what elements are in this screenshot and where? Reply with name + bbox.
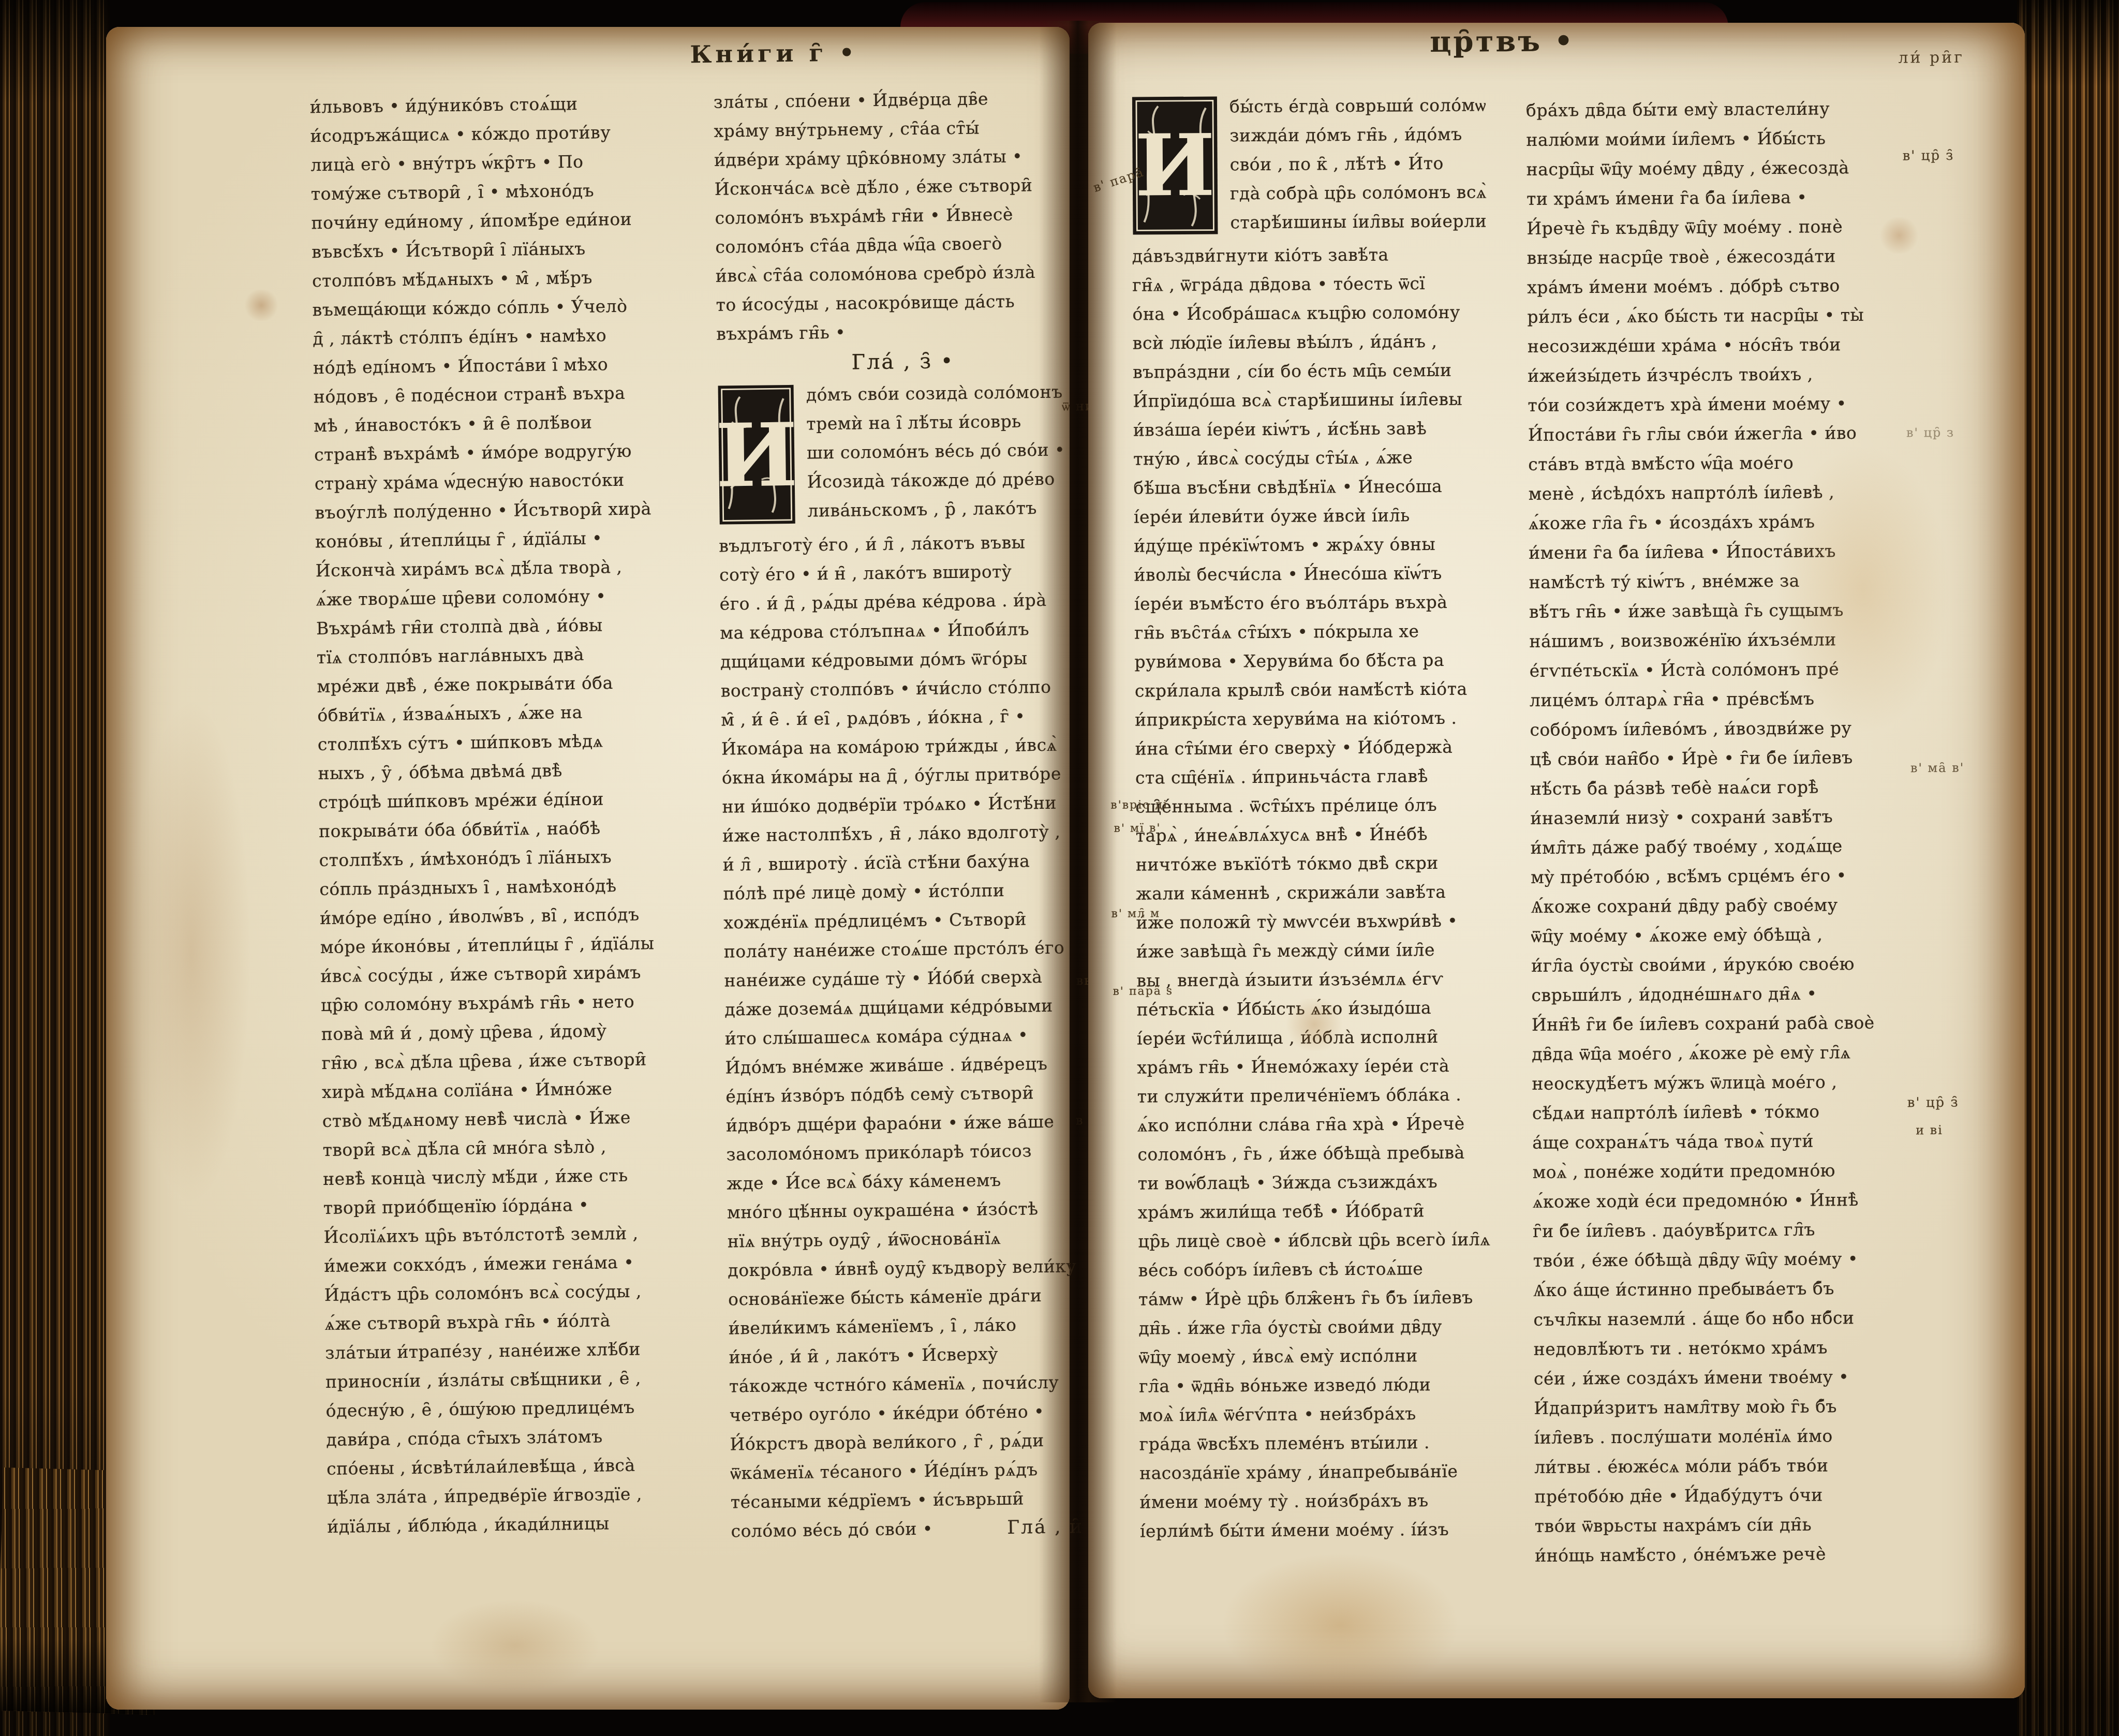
text-line: моѧ̀ і́ил̑ѧ ѿе́гѵ́пта • неи́збра́хъ bbox=[1139, 1399, 1532, 1430]
text-line: гн̑ѧ , ѿгра́да дв̑дова • то́есть ѿсї bbox=[1132, 269, 1525, 300]
text-line: хра́мъ жили́ща тебѣ̀ • И́о́брати̑ bbox=[1138, 1196, 1531, 1227]
text-line: нѣ́сть б̑а ра́звѣ тебѐ наѧ́си горѣ̀ bbox=[1530, 771, 1913, 804]
text-line: дн̑ь . и́же гл̑а о́усты̀ свои́ми дв̑ду bbox=[1138, 1312, 1532, 1343]
text-line: и́же положи̑ ту̀ мѡѵсе́и въхѡри́вѣ • bbox=[1136, 906, 1529, 938]
text-line: е́го . и́ д̑ , рѧ́ды дре́ва ке́дрова . и… bbox=[719, 585, 1092, 619]
text-line: и́львовъ • и́ду́нико́въ стоѧ́щи bbox=[310, 88, 719, 122]
text-line: невѣ̀ конца̀ числу̀ мѣ́ди , и́же сть bbox=[323, 1160, 732, 1194]
text-line: лице́мъ о́лтарѧ̀ гн̑а • пре́всѣ́мъ bbox=[1530, 683, 1913, 715]
text-line: и́всѧ̀ сосу́ды , и́же сътвори̑ хира́мъ bbox=[320, 957, 730, 991]
text-line: тарѧ̀ , и́неѧ́влѧ́хусѧ внѣ̀ • И́не́бѣ bbox=[1135, 819, 1529, 851]
text-line: гн̑ь въс̑та́ѧ ст̑ы́хъ • по́крыла хе bbox=[1134, 616, 1528, 648]
text-line: ти служи́ти преличе́нїемъ о́бла́ка . bbox=[1137, 1080, 1531, 1111]
text-line: ри́лъ е́си , ѧ́ко бы́сть ти насрц̑ы • ты… bbox=[1527, 300, 1910, 332]
right-running-header: цр̑твъ • bbox=[1378, 24, 1626, 60]
text-line: і́ерли́мѣ бы́ти и́мени мое́му . і́и́зъ bbox=[1140, 1515, 1533, 1546]
text-line: ныхъ , у̑ , о́бѣма двѣма́ двѣ̀ bbox=[318, 754, 727, 788]
text-line: вострану̀ столпо́въ • и́чи́сло сто́лпо bbox=[720, 672, 1093, 706]
text-line: та́мѡ • И́рѐ цр̑ь блж̑енъ г̑ь б̑ъ і́ил̑е… bbox=[1138, 1283, 1532, 1314]
text-line: и́дїа́лы , и́блю́да , и́кади́лницы bbox=[327, 1507, 736, 1541]
text-line: і́ере́и въмѣ́сто е́го въо́лта́рь въхра̀ bbox=[1134, 587, 1528, 619]
text-line: лица̀ его̀ • вну́тръ ѡ́кр̑тъ • По bbox=[310, 146, 720, 180]
initial-letter: И bbox=[1135, 115, 1216, 216]
text-line: му̀ пре́тобо́ю , всѣ́мъ срце́мъ е́го • bbox=[1531, 860, 1914, 892]
text-line: въмеща́ющи ко́ждо со́пль • У́чело̀ bbox=[312, 291, 721, 325]
text-line: странѣ̀ въхра́мѣ • и́мо́ре водругу́ю bbox=[314, 435, 723, 469]
text-line: Ѧ́ко а́ще и́стинно пребыва́етъ б̑ъ bbox=[1533, 1273, 1916, 1305]
text-line: хра́му вну́трьнему , ст̑а́а ст̑ы́ bbox=[714, 112, 1087, 146]
text-line: и́вза́ша і́ере́и кіѡ́тъ , и́сѣ́нь завѣ bbox=[1133, 413, 1527, 445]
text-line: д̑ , ла́ктѣ сто́лпъ е́ді́нъ • намѣхо bbox=[313, 320, 722, 354]
text-line: ве́сь собо́ръ і́ил̑евъ сѣ и́стоѧ́ше bbox=[1138, 1254, 1532, 1285]
text-line: внзы́де насрц̑е твоѐ , е́жесозда́ти bbox=[1527, 241, 1910, 273]
text-line: но́дѣ еді́номъ • И́поста́ви і̑ мѣхо bbox=[313, 349, 722, 383]
text-line: и́гл̑а о́усты̀ свои́ми , и́руко́ю свое́ю bbox=[1531, 948, 1914, 981]
text-line: і́ере́и ѿст̑и́лища , и́о́бла̀ исполни̑ bbox=[1137, 1022, 1530, 1054]
text-line: тво́и , е́же о́бѣща̀ дв̑ду ѿц̑у мое́му • bbox=[1533, 1243, 1916, 1275]
text-line: соту̀ е́го • и́ н̑ , лако́тъ вширотỳ bbox=[719, 556, 1092, 590]
text-line: и́ду́ще пре́кїѡ́томъ • жрѧ́ху о́вны bbox=[1134, 529, 1527, 561]
text-line: и́мл̑ть да́же рабу́ твое́му , ходѧ́ще bbox=[1531, 830, 1914, 863]
text-line: скри́лала крылѣ̀ сво́и намѣ́стѣ кіо́та bbox=[1135, 674, 1528, 706]
text-line: ли́твы . е́юже́сѧ мо́ли ра́бъ тво́и bbox=[1534, 1450, 1917, 1482]
ornate-initial-block: И bbox=[1131, 95, 1219, 238]
text-line: се́и , и́же созда́хъ и́мени твое́му • bbox=[1534, 1361, 1917, 1393]
left-margin-notes: ѿ нивыв bbox=[106, 15, 1070, 27]
text-line: ста́въ втда̀ вмѣ́сто ѡ́ц̑а мое́го bbox=[1528, 447, 1911, 479]
photograph-of-open-book: { "left_page": { "header": "Кни́ги г̑ •"… bbox=[0, 0, 2119, 1736]
text-line: ничто́же въкїо́тѣ то́кмо двѣ̀ скри bbox=[1136, 848, 1529, 880]
text-line: тїѧ столпо́въ нагла́вныхъ два̀ bbox=[317, 638, 726, 672]
text-line: въдлъготу̀ е́го , и́ л̑ , ла́котъ въвы bbox=[719, 527, 1092, 561]
text-line: зла́тыи и́трапе́зу , нане́иже хлѣ́би bbox=[325, 1333, 734, 1368]
text-line: всѝ лю́дїе і́ил̑евы вѣы́лъ , и́да́нъ , bbox=[1133, 327, 1526, 358]
text-line: мре́жи двѣ̀ , е́же покрыва́ти о́ба bbox=[317, 667, 726, 701]
text-line: зла́ты , спо́ени • И́две́рца дв̑е bbox=[714, 83, 1087, 117]
left-page: Кни́ги г̑ • и́львовъ • и́ду́нико́въ стоѧ… bbox=[106, 27, 1070, 1710]
text-line: соломо́нъ ст̑а́а дв̑да ѡ́ц̑а своего̀ bbox=[715, 228, 1088, 262]
text-line: менѐ , и́сѣдо́хъ напрто́лѣ і́ил̑евѣ , bbox=[1528, 477, 1911, 509]
right-page: цр̑твъ • ли́ ри̑г И бы́сть е́гда̀ соврьш… bbox=[1088, 23, 2025, 1698]
text-line: твори̑ прио́бщенїю і́о́рда́на • bbox=[323, 1189, 733, 1223]
text-line: мѣ , и́навосто́къ • и̑ е̑ полѣ́вои bbox=[314, 407, 723, 441]
text-line: моѧ̀ , поне́же ходи́ти предомно́ю bbox=[1532, 1155, 1915, 1187]
text-line: ста сщ̑е́нїѧ . и́приньча́ста главѣ̀ bbox=[1135, 761, 1529, 793]
text-line: но́довъ , е̑ поде́снои странѣ̀ въхра bbox=[313, 378, 722, 412]
text-line: тну́ю , и́всѧ̀ сосу́ды ст̑ы́ѧ , ѧ́же bbox=[1133, 442, 1527, 474]
chapter-heading-7: Гла́ , з̑ • bbox=[717, 344, 1090, 382]
text-line: насрц̑ы ѿц̑у мое́му дв̑ду , е́жесозда̀ bbox=[1527, 152, 1909, 184]
text-line: гн̑ю , всѧ̀ дѣ́ла цр̑ева , и́же сътвори̑ bbox=[321, 1044, 731, 1078]
text-line: Въхра́мѣ гн̑и столпа̀ два̀ , и́о́вы bbox=[316, 609, 725, 643]
text-line: о́бви́тїѧ , и́зваѧ́ныхъ , ѧ́же на bbox=[317, 696, 727, 730]
text-line: и́мени мое́му ту̀ . нои́збра́хъ въ bbox=[1139, 1486, 1533, 1517]
text-line: а́ще сохранѧ́тъ ча́да твоѧ̀ пути́ bbox=[1532, 1125, 1915, 1158]
margin-note: в' пара̑ ѕ bbox=[1113, 985, 1173, 998]
text-line: И́дапри́зритъ намл̑тву мою̀ г̑ь б̑ъ bbox=[1534, 1391, 1917, 1423]
text-line: цѣ́ла зла́та , и́предве́рїе и́гвоздїе , bbox=[327, 1478, 736, 1512]
text-line: и́мо́ре еді́но , и́волѡ́въ , ві̑ , испо́… bbox=[320, 899, 729, 933]
text-line: тому́же сътвори̑ , і̑ • мѣхоно́дъ bbox=[311, 175, 720, 209]
margin-note: в' цр̑ з̑ bbox=[1907, 1095, 1959, 1111]
text-line: ма ке́дрова сто́лъпнаѧ • И́поби́лъ bbox=[720, 614, 1093, 648]
text-line: вы , внегда̀ и́зыити и́зъзе́млѧ е́гѵ bbox=[1136, 964, 1530, 996]
text-line: со́пль пра́здныхъ і̑ , намѣхоно́дѣ bbox=[319, 870, 729, 904]
text-line: въоу́глѣ полу́денно • И́сътвори̑ хира̀ bbox=[315, 493, 724, 527]
text-line: и́содръжа́щисѧ • ко́ждо проти́ву bbox=[310, 117, 719, 151]
margin-note: в' мл̑ м bbox=[1111, 907, 1160, 921]
text-line: и́всѧ̀ ст̑а́а соломо́нова сребро̀ и́зла̀ bbox=[716, 257, 1089, 291]
folio-number-note: ли́ ри̑г bbox=[1898, 49, 1964, 67]
margin-note: в'вріо ді bbox=[1110, 798, 1168, 812]
text-line: ти хра́мъ и́мени г̑а б̑а і́ил̑ева • bbox=[1527, 182, 1909, 214]
text-line: і́ере́и и́леви́ти о́уже и́всѝ і́ил̑ь bbox=[1134, 500, 1527, 532]
right-column-1-lower: да́въздви́гнути кіо́тъ завѣ́тагн̑ѧ , ѿгр… bbox=[1132, 240, 1533, 1546]
text-line: и́прикры́ста херуви́ма на кіо́томъ . bbox=[1135, 703, 1528, 735]
text-line: намѣ́стѣ ту́ кіѡ́тъ , вне́мже за bbox=[1529, 565, 1911, 597]
text-line: ѿц̑у мое́му • ѧ́коже ему̀ о́бѣща̀ , bbox=[1531, 919, 1914, 951]
ornate-initial-block: И bbox=[717, 384, 796, 528]
text-line: сѣ́дѧи напрто́лѣ і́ил̑евѣ • то́кмо bbox=[1532, 1096, 1915, 1128]
text-line: соломо́нъ , г̑ь , и́же о́бѣща̀ пребыва̀ bbox=[1137, 1138, 1531, 1169]
text-line: дв̑да ѿц̑а мое́го , ѧ́коже рѐ ему̀ гл̑ѧ bbox=[1532, 1037, 1915, 1069]
text-line: тво́и ѿврьсты нахра́мъ сі́и дн̑ь bbox=[1535, 1509, 1918, 1541]
left-column-2-upper: зла́ты , спо́ени • И́две́рца дв̑ехра́му … bbox=[714, 83, 1089, 349]
text-line: руви́мова • Херуви́ма бо бѣ́ста ра bbox=[1134, 645, 1528, 677]
text-line: жали ка́меннѣ , скрижа́ли завѣ́та bbox=[1136, 877, 1529, 909]
text-line: И́нн̑ѣ г̑и б̑е і́ил̑евъ сохрани́ раба̀ с… bbox=[1532, 1007, 1915, 1040]
text-line: столпо́въ мѣ́дѧныхъ • м̑ , мѣ́ръ bbox=[312, 262, 721, 296]
text-line: и́но́щь намѣ́сто , о́не́мъже речѐ bbox=[1535, 1538, 1918, 1570]
initial-letter: И bbox=[717, 404, 796, 507]
text-line: и́на ст̑ы́ми е́го сверху̀ • И́о́бдержа̀ bbox=[1135, 732, 1528, 764]
text-line: ѧ́коже гл̑а г̑ь • и́созда́хъ хра́мъ bbox=[1529, 506, 1911, 538]
text-line: съчл̑кы наземли́ . а́ще бо нб̑о нб̑си bbox=[1533, 1302, 1916, 1334]
text-line: покрыва́ти о́ба о́бви́тїѧ , нао́бѣ bbox=[319, 812, 728, 846]
text-line: и́наземли́ низу̀ • сохрани́ завѣ́тъ bbox=[1530, 801, 1913, 833]
text-line: и́межи сокхо́дъ , и́межи гена́ма • bbox=[324, 1247, 733, 1281]
text-line: о́десну́ю , е̑ , о́шу́юю предлице́мъ bbox=[325, 1391, 735, 1426]
text-line: въпра́здни , сі́и бо е́сть мц̑ь семы́и bbox=[1133, 355, 1526, 387]
text-line: хира̀ мѣ́дѧна солїа́на • И́мно́же bbox=[322, 1073, 731, 1107]
text-line: и́мени г̑а б̑а і́ил̑ева • И́поста́вихъ bbox=[1529, 536, 1911, 568]
text-line: сщ̑е́нныма . ѿст̑ы́хъ пре́лице о́лъ bbox=[1135, 790, 1529, 822]
text-line: неоскудѣ́етъ му́жъ ѿлица̀ мое́го , bbox=[1532, 1066, 1915, 1099]
right-column-1: И бы́сть е́гда̀ соврьши́ соло́мѡзижда́и … bbox=[1131, 91, 1533, 1546]
text-line: въвсѣ́хъ • И́сътвори̑ і̑ лїа́ныхъ bbox=[312, 233, 721, 267]
left-initial-paragraph: И до́мъ сво́и созида̀ соло́монътремѝ на … bbox=[717, 377, 1091, 532]
text-line: хра́мъ гн̑ь • И́немо́жаху і́ере́и ста̀ bbox=[1137, 1051, 1530, 1082]
text-line: е́гѵпе́тьскїѧ • И́ста̀ соло́монъ пре́ bbox=[1529, 654, 1912, 686]
text-line: дави́ра , спо́да ст̑ыхъ зла́томъ bbox=[326, 1420, 735, 1455]
left-column-1: и́львовъ • и́ду́нико́въ стоѧ́щии́содръжа… bbox=[310, 88, 736, 1541]
text-line: и́волы̀ бесчи́сла • И́несо́ша кїѡ́тъ bbox=[1134, 558, 1527, 590]
right-page-text-layer: цр̑твъ • ли́ ри̑г И бы́сть е́гда̀ соврьш… bbox=[1088, 17, 2035, 1698]
text-line: стро́цѣ ши́пковъ мре́жи е́ді́нои bbox=[318, 783, 728, 817]
woodcut-initial-icon: И bbox=[717, 384, 796, 526]
margin-note: в' ма̑ в' bbox=[1910, 761, 1965, 776]
text-line: И́поста́ви г̑ь гл̑ы сво́и и́жегл̑а • и́в… bbox=[1528, 418, 1911, 450]
margin-note: в' цр̑ з bbox=[1906, 425, 1954, 440]
text-line: и́две́ри хра́му цр̑ко́вному зла́ты • bbox=[714, 141, 1087, 175]
text-line: твори̑ всѧ̀ дѣ́ла си̑ мно́га ѕѣло̀ , bbox=[322, 1131, 732, 1165]
text-line: г̑и б̑е і́ил̑евъ . дао́увѣ́ритсѧ гл̑ъ bbox=[1533, 1214, 1916, 1246]
text-line: да́въздви́гнути кіо́тъ завѣ́та bbox=[1132, 240, 1525, 271]
text-line: хра́мъ и́мени мое́мъ . до́брѣ сътво bbox=[1527, 270, 1910, 302]
text-line: о́на • И́собра́шасѧ къцр̑ю соломо́ну bbox=[1132, 298, 1525, 329]
text-line: И́сконча̀ хира́мъ всѧ̀ дѣ́ла твора̀ , bbox=[316, 551, 725, 585]
left-running-header: Кни́ги г̑ • bbox=[613, 37, 935, 69]
text-line: соломо́нъ въхра́мѣ гн̑и • И́внесѐ bbox=[715, 199, 1088, 233]
text-line: і́ил̑евъ . послу́шати моле́нїѧ и́мо bbox=[1534, 1420, 1917, 1452]
text-line: мо́ре и́коно́вы , и́тепли́цы г̑ , и́дїа́… bbox=[320, 928, 729, 962]
text-line: въхра́мъ гн̑ь • bbox=[716, 315, 1089, 349]
text-line: то́и сози́ждетъ хра̀ и́мени мое́му • bbox=[1528, 388, 1910, 420]
text-line: цѣ̀ сво́и нан̑бо • И́рѐ • г̑и б̑е і́ил̑е… bbox=[1530, 742, 1913, 774]
text-line: м̑ , и́ е̑ . и́ еі̑ , рѧдо́въ , и́о́кна … bbox=[721, 701, 1094, 735]
text-line: налю́ми мои́ми і́ил̑емъ • И́бы́сть bbox=[1526, 123, 1909, 155]
text-line: почи́ну еди́ному , и́помѣ́ре еди́нои bbox=[311, 204, 720, 238]
text-line: ѧ́ко испо́лни сла́ва гн̑а хра̀ • И́речѐ bbox=[1137, 1109, 1531, 1140]
text-line: И́прїидо́ша всѧ̀ старѣ́ишины і́ил̑евы bbox=[1133, 384, 1526, 416]
text-line: спо́ены , и́свѣти́лаи́левѣ́ща , и́вса̀ bbox=[327, 1449, 736, 1483]
text-line: бра́хъ дв̑да бы́ти ему̀ властели́ну bbox=[1526, 93, 1909, 125]
text-line: собо́ромъ і́ил̑ево́мъ , и́воздви́же ру bbox=[1530, 713, 1913, 745]
text-line: сврьши́лъ , и́додне́шнѧго дн̑ѧ • bbox=[1531, 978, 1914, 1010]
text-line: пова̀ ми̑ и́ , дому̀ цр̑ева , и́дому̀ bbox=[321, 1015, 730, 1049]
chapter7-closing-text: соло́мо ве́сь до́ сво́и • bbox=[731, 1515, 933, 1546]
text-line: И́солїѧ́ихъ цр̑ь въто́лстотѣ̀ землѝ , bbox=[323, 1218, 733, 1252]
margin-note: в' цр̑ з̑ bbox=[1903, 148, 1954, 164]
text-line: Ѧ́коже сохрани́ дв̑ду рабу̀ свое́му bbox=[1531, 889, 1914, 922]
left-page-text-layer: Кни́ги г̑ • и́львовъ • и́ду́нико́въ стоѧ… bbox=[106, 15, 1090, 1710]
text-line: насозда́нїе хра́му , и́напребыва́нїе bbox=[1139, 1457, 1533, 1488]
text-line: и́же завѣща̀ г̑ь между̀ си́ми і́ил̑е bbox=[1136, 935, 1530, 967]
text-line: коно́вы , и́тепли́цы г̑ , и́дїа́лы • bbox=[315, 522, 724, 556]
text-line: ѿц̑у моему̀ , и́всѧ̀ ему̀ испо́лни bbox=[1139, 1341, 1532, 1372]
text-line: недовлѣ́ютъ ти . нето́кмо хра́мъ bbox=[1534, 1332, 1917, 1364]
text-line: цр̑ь лицѐ своѐ • и́блсвѝ цр̑ь всего̀ і́и… bbox=[1138, 1225, 1531, 1256]
text-line: ѧ́же сътвори̑ въхра̀ гн̑ь • и́о́лта̀ bbox=[324, 1304, 734, 1339]
text-line: И́сконча́сѧ всѐ дѣ́ло , е́же сътвори̑ bbox=[715, 170, 1088, 204]
text-line: бѣ́ша въсѣ́ни свѣдѣ́нїѧ • И́несо́ша bbox=[1133, 471, 1527, 503]
text-line: столпѣ́хъ су́тъ • ши́пковъ мѣдѧ bbox=[318, 725, 727, 759]
right-column-2: бра́хъ дв̑да бы́ти ему̀ властели́нуналю́… bbox=[1526, 93, 1918, 1570]
text-line: приносні́и , и́зла́ты свѣ́щники , е̑ , bbox=[325, 1362, 735, 1397]
text-line: на́шимъ , воизвоже́нїю и́хъзе́мли bbox=[1529, 624, 1912, 656]
right-initial-paragraph: И бы́сть е́гда̀ соврьши́ соло́мѡзижда́и … bbox=[1131, 91, 1525, 242]
text-line: ѧ́коже ходѝ е́си предомно́ю • И́ннѣ̀ bbox=[1533, 1184, 1916, 1216]
gutter-shadow bbox=[1039, 21, 1117, 1702]
text-line: и́жеи́зы́деть и́зчре́слъ твои́хъ , bbox=[1528, 359, 1910, 391]
text-line: вѣ́тъ гн̑ь • и́же завѣща̀ г̑ь сущымъ bbox=[1529, 595, 1912, 627]
text-line: ство̀ мѣ́дѧному невѣ̀ числа̀ • И́же bbox=[322, 1102, 732, 1136]
text-line: гл̑а • ѿдн̑ь во́ньже изведо́ лю́ди bbox=[1139, 1370, 1532, 1401]
text-line: цр̑ю соломо́ну въхра́мѣ гн̑ь • нето bbox=[321, 986, 730, 1020]
text-line: ѧ́же творѧ́ше цр̑еви соломо́ну • bbox=[316, 580, 725, 614]
text-line: пе́тьскїа • И́бы́сть ѧ́ко и́зыдо́ша bbox=[1136, 993, 1530, 1025]
text-line: столпѣ́хъ , и́мѣхоно́дъ і̑ лїа́ныхъ bbox=[319, 841, 728, 875]
text-line: пре́тобо́ю дн̑е • И́дабу́дутъ о́чи bbox=[1534, 1479, 1917, 1511]
woodcut-initial-icon: И bbox=[1131, 95, 1219, 235]
text-line: И́да́стъ цр̑ь соломо́нъ всѧ̀ сосу́ды , bbox=[324, 1275, 734, 1310]
text-line: ти воѡ́блацѣ • Зи́жда съзижда́хъ bbox=[1138, 1167, 1531, 1198]
text-line: И́речѐ г̑ь къдв̑ду ѿц̑у мое́му . понѐ bbox=[1527, 211, 1909, 243]
margin-note: в' мї в' bbox=[1114, 822, 1161, 835]
text-line: несозижде́ши хра́ма • но́сн̑ъ тво́и bbox=[1528, 329, 1910, 361]
margin-note: и ві bbox=[1916, 1123, 1943, 1137]
text-line: страну̀ хра́ма ѡ́десну́ю навосто́ки bbox=[314, 464, 723, 498]
text-line: И́кома́ра на кома́рою три́жды , и́всѧ̀ bbox=[721, 730, 1094, 764]
text-line: то и́сосу́ды , насокро́вище да́сть bbox=[716, 286, 1089, 320]
text-line: дщи́цами ке́дровыми до́мъ ѿго́ры bbox=[720, 643, 1093, 677]
text-line: гра́да ѿвсѣ́хъ племе́нъ вты́или . bbox=[1139, 1428, 1533, 1459]
